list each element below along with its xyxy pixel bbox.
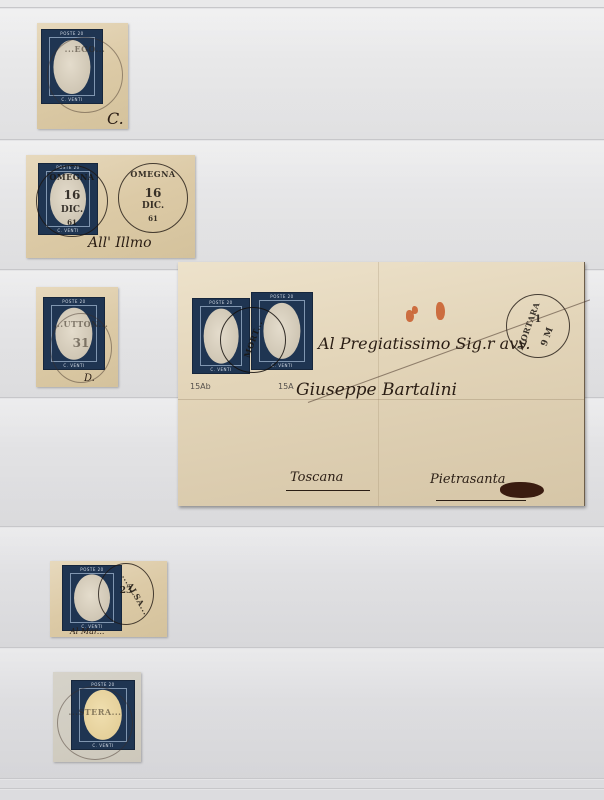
address-destination: Pietrasanta xyxy=(430,472,506,487)
stockpage: POSTE 20 C. VENTI ...EGO... C. POSTE 20 … xyxy=(0,0,604,800)
stamp-on-piece-6[interactable]: POSTE 20 C. VENTI ...STERA... xyxy=(53,672,141,762)
address-region: Toscana xyxy=(290,470,343,485)
manuscript-note: D. xyxy=(84,373,95,384)
catalogue-note-15A: 15A xyxy=(278,382,294,391)
stamp-on-piece-2[interactable]: POSTE 20 C. VENTI OMEGNA 16 DIC. 61 OMEG… xyxy=(26,155,195,258)
catalogue-note-15Ab: 15Ab xyxy=(190,382,211,391)
address-line-2: Giuseppe Bartalini xyxy=(296,380,457,400)
red-mark xyxy=(412,306,418,314)
postmark: ...STERA... xyxy=(57,686,133,760)
entire-letter-cover[interactable]: POSTE 20 C. VENTI POSTE 20 C. VENTI MORT… xyxy=(178,262,585,506)
stamp-on-piece-5[interactable]: POSTE 20 C. VENTI ...ALSA... 23 Al Mar..… xyxy=(50,561,167,637)
address-line-1: Al Pregiatissimo Sig.r avv. xyxy=(318,334,530,353)
underline xyxy=(286,490,370,491)
ink-blot xyxy=(500,482,544,498)
underline xyxy=(436,500,526,501)
postmark-on-stamp: OMEGNA 16 DIC. 61 xyxy=(36,165,108,237)
postmark: ...UTTON... 31 xyxy=(50,313,112,383)
manuscript-note: Al Mar... xyxy=(70,627,104,636)
postmark: ...EGO... xyxy=(47,37,123,113)
postmark: ...ALSA... 23 xyxy=(98,563,154,625)
manuscript-note: All' Illmo xyxy=(88,235,152,251)
postmark-omegna: OMEGNA 16 DIC. 61 xyxy=(118,163,188,233)
postmark-on-stamps: MORT... xyxy=(220,307,286,373)
strip-edge xyxy=(0,7,604,9)
strip-edge xyxy=(0,788,604,790)
manuscript-note: C. xyxy=(107,109,124,128)
red-mark xyxy=(436,302,445,320)
strip-edge xyxy=(0,778,604,780)
stamp-on-piece-3[interactable]: POSTE 20 C. VENTI ...UTTON... 31 D. xyxy=(36,287,118,387)
stamp-on-piece-1[interactable]: POSTE 20 C. VENTI ...EGO... C. xyxy=(37,23,128,129)
